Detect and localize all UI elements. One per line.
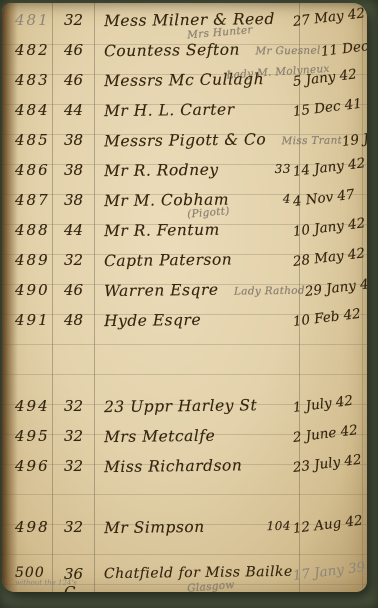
- size-value: 38: [54, 131, 96, 149]
- name-text: Chatfield for Miss Bailke: [104, 563, 293, 581]
- entry-number: 496: [2, 457, 54, 475]
- entry-number-value: 495: [15, 427, 50, 445]
- ledger-photo: 481 32 Mess Milner & Reed Mrs Hunter 27 …: [0, 0, 378, 608]
- entry-number: 487: [2, 191, 54, 209]
- name-cell: Hyde Esqre: [96, 310, 293, 330]
- size-value: 32: [54, 397, 96, 415]
- name-cell: Mr Simpson 104: [96, 517, 293, 537]
- name-text: Miss Richardson: [104, 456, 243, 476]
- entry-number-value: 484: [15, 101, 50, 119]
- size-value: 38: [54, 161, 96, 179]
- entry-number-value: 496: [15, 457, 50, 475]
- name-text: Countess Sefton: [104, 41, 240, 61]
- ledger-row: 494 32 23 Uppr Harley St 1 July 42: [2, 397, 367, 427]
- entry-number: 481: [2, 11, 54, 29]
- date-text: 17 Jany 39: [292, 559, 367, 584]
- ledger-row: 498 32 Mr Simpson 104 12 Aug 42: [2, 518, 367, 548]
- size-value: 46: [54, 71, 96, 89]
- pencil-annotation: Mr Guesnel: [255, 45, 320, 58]
- name-text: Mr Simpson: [104, 518, 205, 537]
- name-cell: Messrs Pigott & Co Miss Trant: [96, 129, 342, 150]
- name-cell: Mr R. Fentum: [96, 220, 293, 240]
- entry-number-value: 487: [15, 191, 50, 209]
- name-cell: Countess Sefton Mr Guesnel Lady M. Molyn…: [96, 40, 321, 61]
- ledger-row: 488 44 Mr R. Fentum 10 Jany 42: [2, 221, 367, 251]
- entry-number-note: without the 124's: [15, 581, 54, 586]
- name-cell: Mr M. Cobham (Pigott) 4: [96, 190, 293, 210]
- entry-number: 495: [2, 427, 54, 445]
- entry-number: 488: [2, 221, 54, 239]
- entry-number-value: 489: [15, 251, 50, 269]
- ledger-rows: 481 32 Mess Milner & Reed Mrs Hunter 27 …: [2, 11, 367, 592]
- date-text: 12 Aug 42: [292, 512, 367, 537]
- ledger-row: 495 32 Mrs Metcalfe 2 June 42: [2, 427, 367, 457]
- size-value: 48: [54, 311, 96, 329]
- name-text: Mr R. Fentum: [104, 221, 220, 240]
- entry-number: 483: [2, 71, 54, 89]
- ledger-row: 481 32 Mess Milner & Reed Mrs Hunter 27 …: [2, 11, 367, 41]
- name-text: Captn Paterson: [104, 251, 232, 271]
- entry-number: 491: [2, 311, 54, 329]
- ledger-row: 487 38 Mr M. Cobham (Pigott) 4 4 Nov 47: [2, 191, 367, 221]
- entry-number-value: 481: [15, 11, 50, 29]
- name-cell: Miss Richardson: [96, 456, 293, 476]
- entry-number: 489: [2, 251, 54, 269]
- name-text: Warren Esqre: [104, 281, 219, 300]
- extra-number: 4: [283, 192, 291, 206]
- name-text: Messrs Mc Cullagh: [104, 70, 264, 90]
- ledger-row: 496 32 Miss Richardson 23 July 42: [2, 457, 367, 487]
- name-cell: Chatfield for Miss Bailke Glasgow: [96, 563, 293, 581]
- extra-number: 33: [275, 162, 291, 176]
- extra-number: 104: [267, 519, 292, 533]
- name-cell: Messrs Mc Cullagh: [96, 70, 293, 90]
- pencil-annotation: Miss Trant: [282, 134, 343, 147]
- entry-number: 482: [2, 41, 54, 59]
- entry-number: 485: [2, 131, 54, 149]
- size-value: 32: [54, 518, 96, 536]
- size-value: 32: [54, 427, 96, 445]
- ledger-row: 484 44 Mr H. L. Carter 15 Dec 41: [2, 101, 367, 131]
- entry-number-value: 491: [15, 311, 50, 329]
- size-value: 44: [54, 101, 96, 119]
- entry-number: 498: [2, 518, 54, 536]
- entry-number-value: 488: [15, 221, 50, 239]
- entry-number-value: 485: [15, 131, 50, 149]
- ledger-row: 483 46 Messrs Mc Cullagh 5 Jany 42: [2, 71, 367, 101]
- name-cell: Mr H. L. Carter: [96, 100, 293, 120]
- entry-number: 500 without the 124's: [2, 565, 54, 586]
- entry-number-value: 494: [15, 397, 50, 415]
- ledger-row: 482 46 Countess Sefton Mr Guesnel Lady M…: [2, 41, 367, 71]
- name-cell: Mess Milner & Reed Mrs Hunter: [96, 10, 293, 30]
- ledger-row: 500 without the 124's 36 C Chatfield for…: [2, 565, 367, 592]
- name-text: Hyde Esqre: [104, 311, 201, 330]
- name-text: Mrs Metcalfe: [104, 427, 215, 446]
- size-value: 32: [54, 457, 96, 475]
- size-value: 44: [54, 221, 96, 239]
- pencil-annotation: (Pigott): [186, 205, 229, 220]
- entry-number: 486: [2, 161, 54, 179]
- name-text: Messrs Pigott & Co: [104, 130, 266, 150]
- ledger-row: 490 46 Warren Esqre Lady Rathod 29 Jany …: [2, 281, 367, 311]
- name-text: 23 Uppr Harley St: [104, 396, 257, 416]
- date-text: 1 July 42: [292, 391, 367, 416]
- size-value: 32: [54, 251, 96, 269]
- size-value: 46: [54, 281, 96, 299]
- name-cell: Captn Paterson: [96, 250, 293, 270]
- size-value: 46: [54, 41, 96, 59]
- entry-number-value: 498: [15, 518, 50, 536]
- name-cell: 23 Uppr Harley St: [96, 396, 293, 416]
- entry-number: 490: [2, 281, 54, 299]
- name-text: Mr R. Rodney: [104, 161, 219, 180]
- name-cell: Warren Esqre Lady Rathod: [96, 280, 305, 301]
- entry-number-value: 486: [15, 161, 50, 179]
- pencil-annotation: Lady Rathod: [234, 285, 305, 298]
- ledger-row: 489 32 Captn Paterson 28 May 42: [2, 251, 367, 281]
- ledger-row: 485 38 Messrs Pigott & Co Miss Trant 19 …: [2, 131, 367, 161]
- ledger-row: 491 48 Hyde Esqre 10 Feb 42: [2, 311, 367, 341]
- entry-number-value: 482: [15, 41, 50, 59]
- name-cell: Mr R. Rodney 33: [96, 160, 293, 180]
- ledger-page: 481 32 Mess Milner & Reed Mrs Hunter 27 …: [2, 3, 367, 592]
- name-text: Mr H. L. Carter: [104, 101, 235, 121]
- entry-number: 494: [2, 397, 54, 415]
- size-value: 38: [54, 191, 96, 209]
- entry-number: 484: [2, 101, 54, 119]
- size-value: 32: [54, 11, 96, 29]
- size-value: 36 C: [54, 565, 96, 592]
- name-cell: Mrs Metcalfe: [96, 426, 293, 446]
- entry-number-value: 483: [15, 71, 50, 89]
- ledger-row: 486 38 Mr R. Rodney 33 14 Jany 42: [2, 161, 367, 191]
- entry-number-value: 490: [15, 281, 50, 299]
